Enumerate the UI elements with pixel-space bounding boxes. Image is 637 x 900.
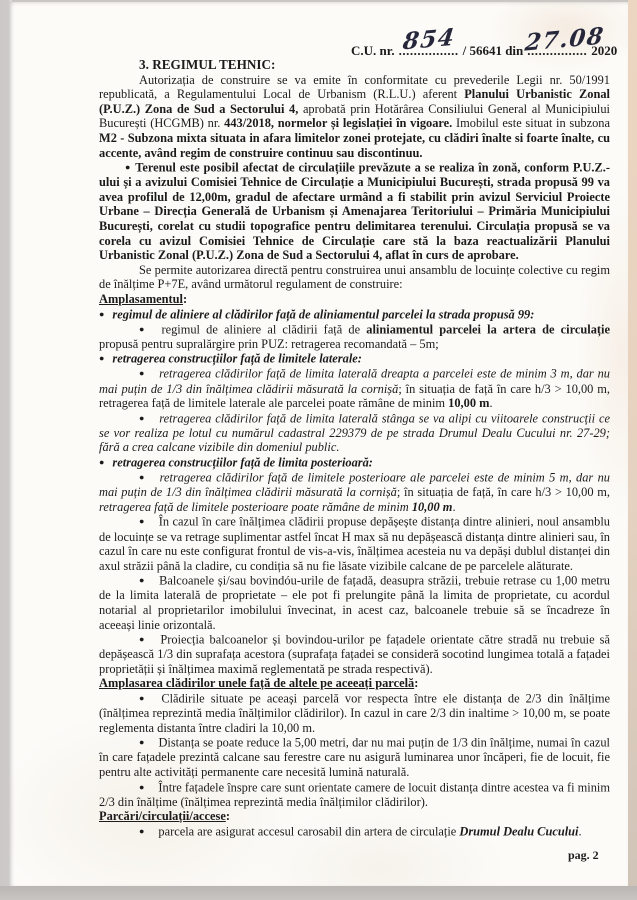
text-segment: M2 - Subzona mixta situata in afara limi… [99, 131, 610, 160]
text-segment: parcela are asigurat accesul carosabil d… [158, 824, 459, 838]
paragraph-teren-circulatii: ●Terenul este posibil afectat de circula… [99, 160, 610, 263]
bullet-icon: ● [99, 457, 112, 467]
bullet-limite-laterale: ●retragerea construcțiilor față de limit… [99, 351, 610, 366]
text-segment: 10,00 m [448, 396, 489, 410]
bullet-retragere-dreapta: ●retragerea clădirilor față de limita la… [99, 366, 610, 410]
bullet-retragere-stanga: ●retragerea clădirilor față de limita la… [99, 411, 610, 455]
bullet-icon: ● [99, 353, 112, 363]
bullet-distanta-doua-treimi: ●Clădirile situate pe aceași parcelă vor… [99, 691, 610, 735]
text-segment: : [414, 676, 418, 690]
bullet-limita-posterioara: ●retragerea construcțiilor față de limit… [99, 455, 610, 470]
text-segment: Imobilul este situat in subzona [452, 116, 610, 130]
text-segment: regimul de aliniere al clădirilor față d… [112, 307, 534, 321]
text-segment: . [489, 396, 492, 410]
document-page: C.U. nr. ................ 854 / 56641 di… [10, 2, 628, 886]
bullet-distanta-redusa: ●Distanța se poate reduce la 5,00 metri,… [99, 735, 610, 779]
cu-separator: / 56641 din [463, 43, 524, 59]
text-segment: aliniamentul parcelei la artera de circu… [366, 322, 610, 336]
text-segment: retragerea construcțiilor față de limite… [112, 352, 362, 366]
handwritten-registry-number: 854 [401, 24, 457, 56]
text-segment: Între fațadele înspre care sunt orientat… [99, 780, 610, 809]
text-segment: Drumul Dealu Cucului [459, 824, 578, 838]
bullet-balcoane: ●Balcoanele și/sau bovindóu-urile de faț… [99, 573, 610, 632]
text-segment: : [183, 292, 187, 306]
bullet-icon: ● [139, 413, 159, 423]
text-segment: 10,00 m [412, 500, 453, 514]
bullet-fatade-camere: ●Între fațadele înspre care sunt orienta… [99, 780, 610, 810]
text-segment: . [452, 500, 455, 514]
dotted-line-date: ................ 27.08 [527, 43, 587, 59]
paragraph-se-permite: Se permite autorizarea directă pentru co… [99, 263, 610, 292]
page-number: pag. 2 [568, 848, 599, 863]
heading-parcari: Parcări/circulații/accese: [99, 809, 610, 824]
bullet-icon: ● [139, 516, 159, 526]
text-segment: retragerea construcțiilor față de limita… [112, 456, 373, 470]
cu-label: C.U. nr. [351, 43, 395, 59]
text-segment: 3. REGIMUL TEHNIC: [139, 57, 275, 72]
scan-edge-right [628, 0, 637, 900]
bullet-icon: ● [139, 826, 158, 836]
bullet-icon: ● [139, 634, 160, 644]
text-segment: Se permite autorizarea directă pentru co… [99, 263, 610, 292]
text-segment: retragerea față de limitele posterioare … [99, 500, 412, 514]
bullet-icon: ● [139, 575, 159, 585]
bullet-icon: ● [139, 368, 159, 378]
text-segment: Terenul este posibil afectat de circulaț… [99, 161, 610, 263]
scan-edge-bottom [0, 886, 637, 900]
dotted-line-number: ................ 854 [399, 43, 459, 59]
text-segment: Amplasamentul [99, 292, 183, 306]
bullet-icon: ● [139, 693, 161, 703]
scanned-document: C.U. nr. ................ 854 / 56641 di… [0, 0, 637, 900]
bullet-icon: ● [139, 782, 158, 792]
bullet-retragere-posterioara: ●retragerea clădirilor față de limitele … [99, 470, 610, 514]
text-segment: Parcări/circulații/accese [99, 809, 226, 823]
document-body: 3. REGIMUL TEHNIC:Autorizația de constru… [99, 58, 610, 839]
text-segment: Proiecția balcoanelor și bovindou-urilor… [99, 633, 610, 676]
bullet-acces-carosabil: ●parcela are asigurat accesul carosabil … [99, 824, 610, 839]
text-segment: Balcoanele și/sau bovindóu-urile de fața… [99, 574, 610, 632]
paragraph-authorization: Autorizația de construire se va emite în… [99, 73, 610, 161]
text-segment: 443/2018, normelor și legislației în vig… [224, 116, 452, 130]
bullet-regim-aliniere: ●regimul de aliniere al clădirilor față … [99, 307, 610, 322]
bullet-icon: ● [139, 324, 161, 334]
text-segment: Clădirile situate pe aceași parcelă vor … [99, 692, 610, 735]
bullet-icon: ● [125, 162, 135, 172]
text-segment: Distanța se poate reduce la 5,00 metri, … [99, 736, 610, 779]
text-segment: În cazul în care înălțimea clădirii prop… [99, 515, 610, 573]
text-segment: : [226, 809, 230, 823]
text-segment: Amplasarea clădirilor unele față de alte… [99, 676, 414, 690]
bullet-proiectia-balcoanelor: ●Proiecția balcoanelor și bovindou-urilo… [99, 632, 610, 676]
bullet-icon: ● [139, 737, 158, 747]
text-segment: regimul de aliniere al clădirii față de [161, 322, 366, 336]
heading-amplasarea-cladirilor: Amplasarea clădirilor unele față de alte… [99, 676, 610, 691]
bullet-icon: ● [99, 309, 112, 319]
text-segment: retragerea clădirilor față de limita lat… [99, 411, 610, 454]
bullet-inaltime-alinieri: ●În cazul în care înălțimea clădirii pro… [99, 514, 610, 573]
heading-amplasamentul: Amplasamentul: [99, 292, 610, 307]
bullet-aliniere-artera: ●regimul de aliniere al clădirii față de… [99, 322, 610, 352]
text-segment: ; în situația de față, în care h/3 > 10,… [397, 485, 610, 499]
text-segment: propusă pentru supralărgire prin PUZ: re… [99, 337, 439, 351]
bullet-icon: ● [139, 472, 160, 482]
text-segment: . [579, 824, 582, 838]
section-title: 3. REGIMUL TEHNIC: [99, 58, 610, 73]
